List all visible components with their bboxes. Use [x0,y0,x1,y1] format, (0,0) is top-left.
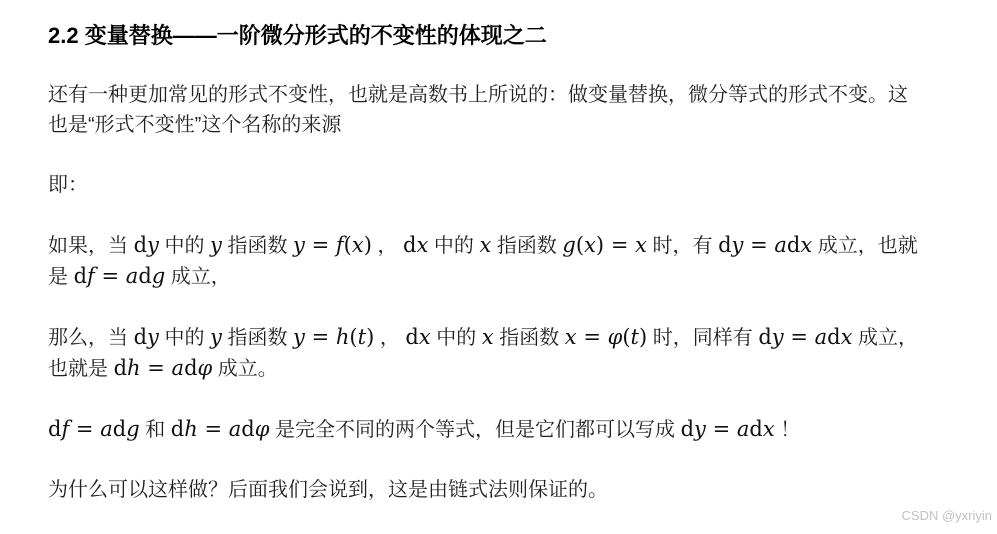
inline-math: dy [134,233,159,257]
inline-math: x = φ(t) [565,325,647,349]
inline-math: y = f(x) [293,233,372,257]
paragraph: 即： [48,170,920,200]
inline-math: dy [134,325,159,349]
inline-math: dh = adφ [171,417,270,441]
paragraph: 如果，当 dy 中的 y 指函数 y = f(x) ， dx 中的 x 指函数 … [48,230,920,292]
inline-math: dy = adx [718,233,812,257]
paragraph: 为什么可以这样做？后面我们会说到，这是由链式法则保证的。 [48,475,920,505]
inline-math: y [210,233,222,257]
paragraph: 还有一种更加常见的形式不变性，也就是高数书上所说的：做变量替换，微分等式的形式不… [48,80,920,140]
inline-math: dy = adx [681,417,775,441]
inline-math: dx [405,325,430,349]
inline-math: dh = adφ [114,356,213,380]
inline-math: y [210,325,222,349]
paragraph: df = adg 和 dh = adφ 是完全不同的两个等式，但是它们都可以写成… [48,414,920,445]
article-page: 2.2 变量替换——一阶微分形式的不变性的体现之二 还有一种更加常见的形式不变性… [0,0,997,534]
section-heading: 2.2 变量替换——一阶微分形式的不变性的体现之二 [48,20,949,52]
inline-math: dx [403,233,428,257]
inline-math: x [479,233,491,257]
inline-math: df = adg [74,264,166,288]
inline-math: df = adg [48,417,140,441]
inline-math: g(x) = x [562,233,647,257]
paragraph: 那么，当 dy 中的 y 指函数 y = h(t) ， dx 中的 x 指函数 … [48,322,920,384]
csdn-watermark: CSDN @yxriyin [902,508,992,523]
inline-math: dy = adx [758,325,852,349]
inline-math: x [482,325,494,349]
article-content: 还有一种更加常见的形式不变性，也就是高数书上所说的：做变量替换，微分等式的形式不… [48,80,949,505]
inline-math: y = h(t) [293,325,374,349]
